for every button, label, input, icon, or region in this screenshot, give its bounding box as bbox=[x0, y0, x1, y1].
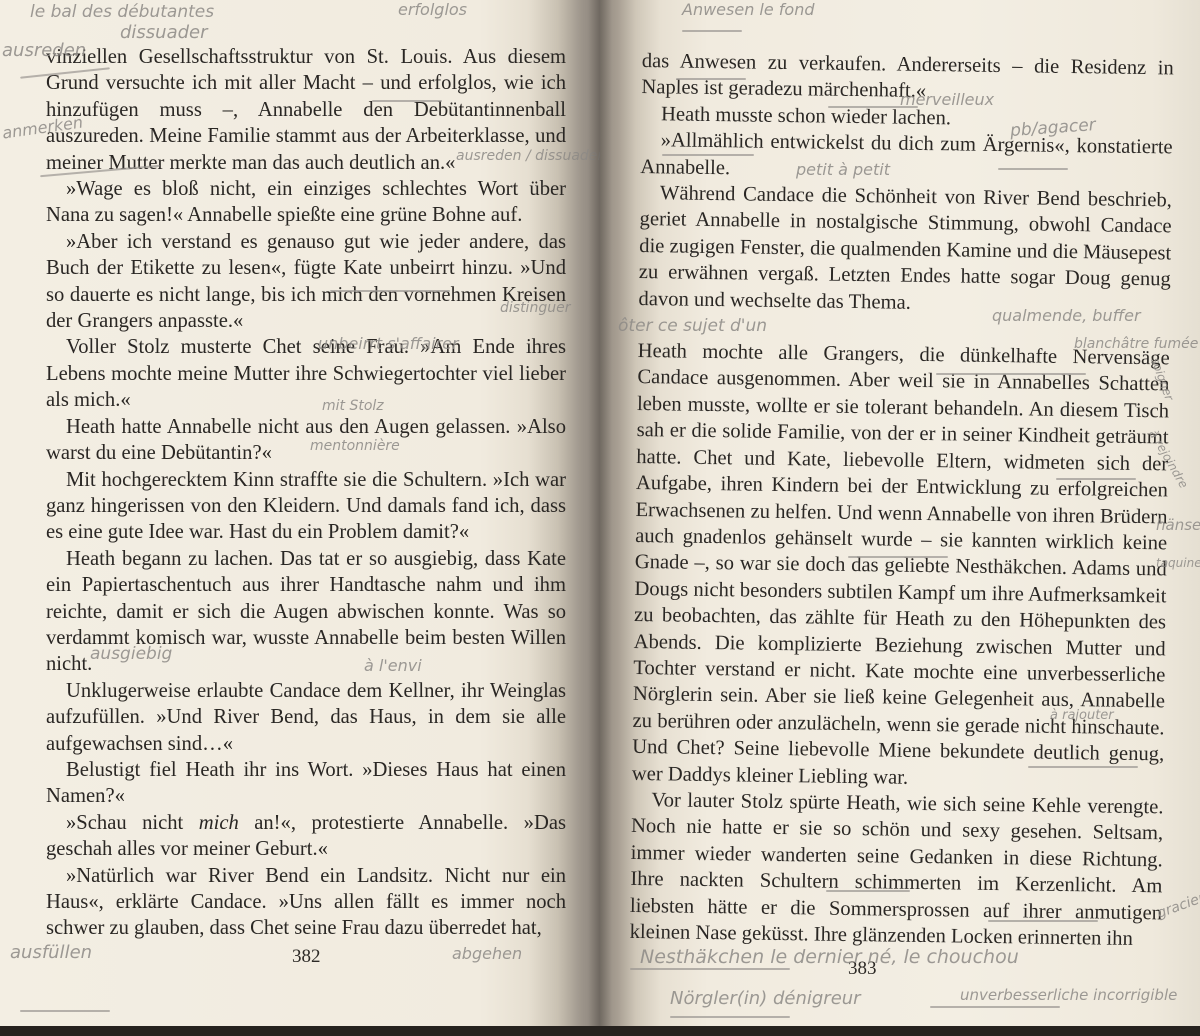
pencil-annotation: unverbesserliche incorrigible bbox=[960, 986, 1177, 1004]
pencil-underline bbox=[670, 1016, 790, 1018]
pencil-underline bbox=[848, 556, 948, 558]
pencil-annotation: dissuader bbox=[120, 22, 208, 43]
emphasis-text: mich bbox=[199, 812, 239, 834]
paragraph: »Wage es bloß nicht, ein einziges schlec… bbox=[46, 176, 566, 229]
pencil-underline bbox=[682, 30, 742, 32]
pencil-annotation: taquiner bbox=[1156, 556, 1200, 570]
pencil-annotation: ôter ce sujet d'un bbox=[618, 316, 767, 336]
pencil-annotation: ausreden / dissuader bbox=[456, 148, 600, 164]
pencil-annotation: à l'envi bbox=[364, 656, 422, 675]
pencil-annotation: Anwesen le fond bbox=[682, 0, 815, 19]
paragraph: Vor lauter Stolz spürte Heath, wie sich … bbox=[629, 787, 1163, 953]
book-bottom-edge bbox=[0, 1026, 1200, 1036]
pencil-underline bbox=[826, 890, 910, 892]
pencil-annotation: abgehen bbox=[452, 944, 522, 963]
pencil-annotation: ausreden bbox=[2, 40, 86, 61]
pencil-underline bbox=[1056, 478, 1136, 480]
pencil-annotation: Nörgler(in) dénigreur bbox=[670, 988, 861, 1009]
paragraph: Voller Stolz musterte Chet seine Frau. »… bbox=[46, 334, 566, 413]
pencil-underline bbox=[630, 968, 790, 970]
pencil-annotation: distinguer bbox=[500, 300, 570, 316]
page-number: 382 bbox=[292, 946, 321, 968]
pencil-underline bbox=[936, 373, 1086, 375]
pencil-annotation: Nesthäkchen le dernier né, le chouchou bbox=[640, 946, 1019, 968]
text-span: »Schau nicht bbox=[66, 812, 199, 834]
pencil-underline bbox=[930, 1006, 1060, 1008]
pencil-underline bbox=[330, 290, 450, 292]
pencil-underline bbox=[662, 154, 754, 156]
right-page-text: das Anwesen zu verkaufen. Andererseits –… bbox=[629, 48, 1173, 953]
pencil-annotation: mit Stolz bbox=[322, 398, 384, 414]
pencil-underline bbox=[828, 106, 918, 108]
paragraph: »Natürlich war River Bend ein Landsitz. … bbox=[46, 863, 566, 942]
paragraph: »Aber ich verstand es genauso gut wie je… bbox=[46, 229, 566, 335]
book-gutter bbox=[588, 0, 612, 1028]
pencil-annotation: qualmende, buffer bbox=[992, 306, 1141, 325]
paragraph: Während Candace die Schönheit von River … bbox=[638, 180, 1172, 319]
pencil-underline bbox=[988, 920, 1098, 922]
paragraph: Belustigt fiel Heath ihr ins Wort. »Dies… bbox=[46, 757, 566, 810]
pencil-underline bbox=[372, 100, 442, 102]
paragraph: Heath mochte alle Grangers, die dünkelha… bbox=[632, 338, 1170, 794]
pencil-underline bbox=[1028, 766, 1138, 768]
pencil-underline bbox=[20, 1010, 110, 1012]
open-book-spread: vinziellen Gesellschaftsstruktur von St.… bbox=[0, 0, 1200, 1028]
paragraph: »Allmählich entwickelst du dich zum Ärge… bbox=[640, 127, 1173, 187]
pencil-annotation: hänseln bbox=[1156, 516, 1200, 534]
pencil-annotation: ausgiebig bbox=[90, 644, 172, 664]
pencil-annotation: mentonnière bbox=[310, 438, 400, 454]
pencil-annotation: erfolglos bbox=[398, 0, 467, 19]
left-page-text: vinziellen Gesellschaftsstruktur von St.… bbox=[46, 44, 566, 942]
pencil-annotation: le bal des débutantes bbox=[30, 2, 214, 22]
paragraph: »Schau nicht mich an!«, protestierte Ann… bbox=[46, 810, 566, 863]
paragraph: Unklugerweise erlaubte Candace dem Kelln… bbox=[46, 678, 566, 757]
paragraph: Heath hatte Annabelle nicht aus den Auge… bbox=[46, 414, 566, 467]
pencil-annotation: blanchâtre fumée bbox=[1074, 336, 1198, 352]
left-page: vinziellen Gesellschaftsstruktur von St.… bbox=[0, 0, 600, 1028]
pencil-annotation: ausfüllen bbox=[10, 942, 92, 963]
right-page: das Anwesen zu verkaufen. Andererseits –… bbox=[600, 0, 1200, 1028]
pencil-annotation: unbeirrt s'affairer bbox=[318, 334, 459, 353]
pencil-annotation: à rajouter bbox=[1050, 708, 1114, 723]
pencil-underline bbox=[998, 168, 1068, 170]
paragraph: Mit hochgerecktem Kinn straffte sie die … bbox=[46, 467, 566, 546]
pencil-underline bbox=[676, 78, 746, 80]
pencil-annotation: petit à petit bbox=[796, 160, 890, 179]
